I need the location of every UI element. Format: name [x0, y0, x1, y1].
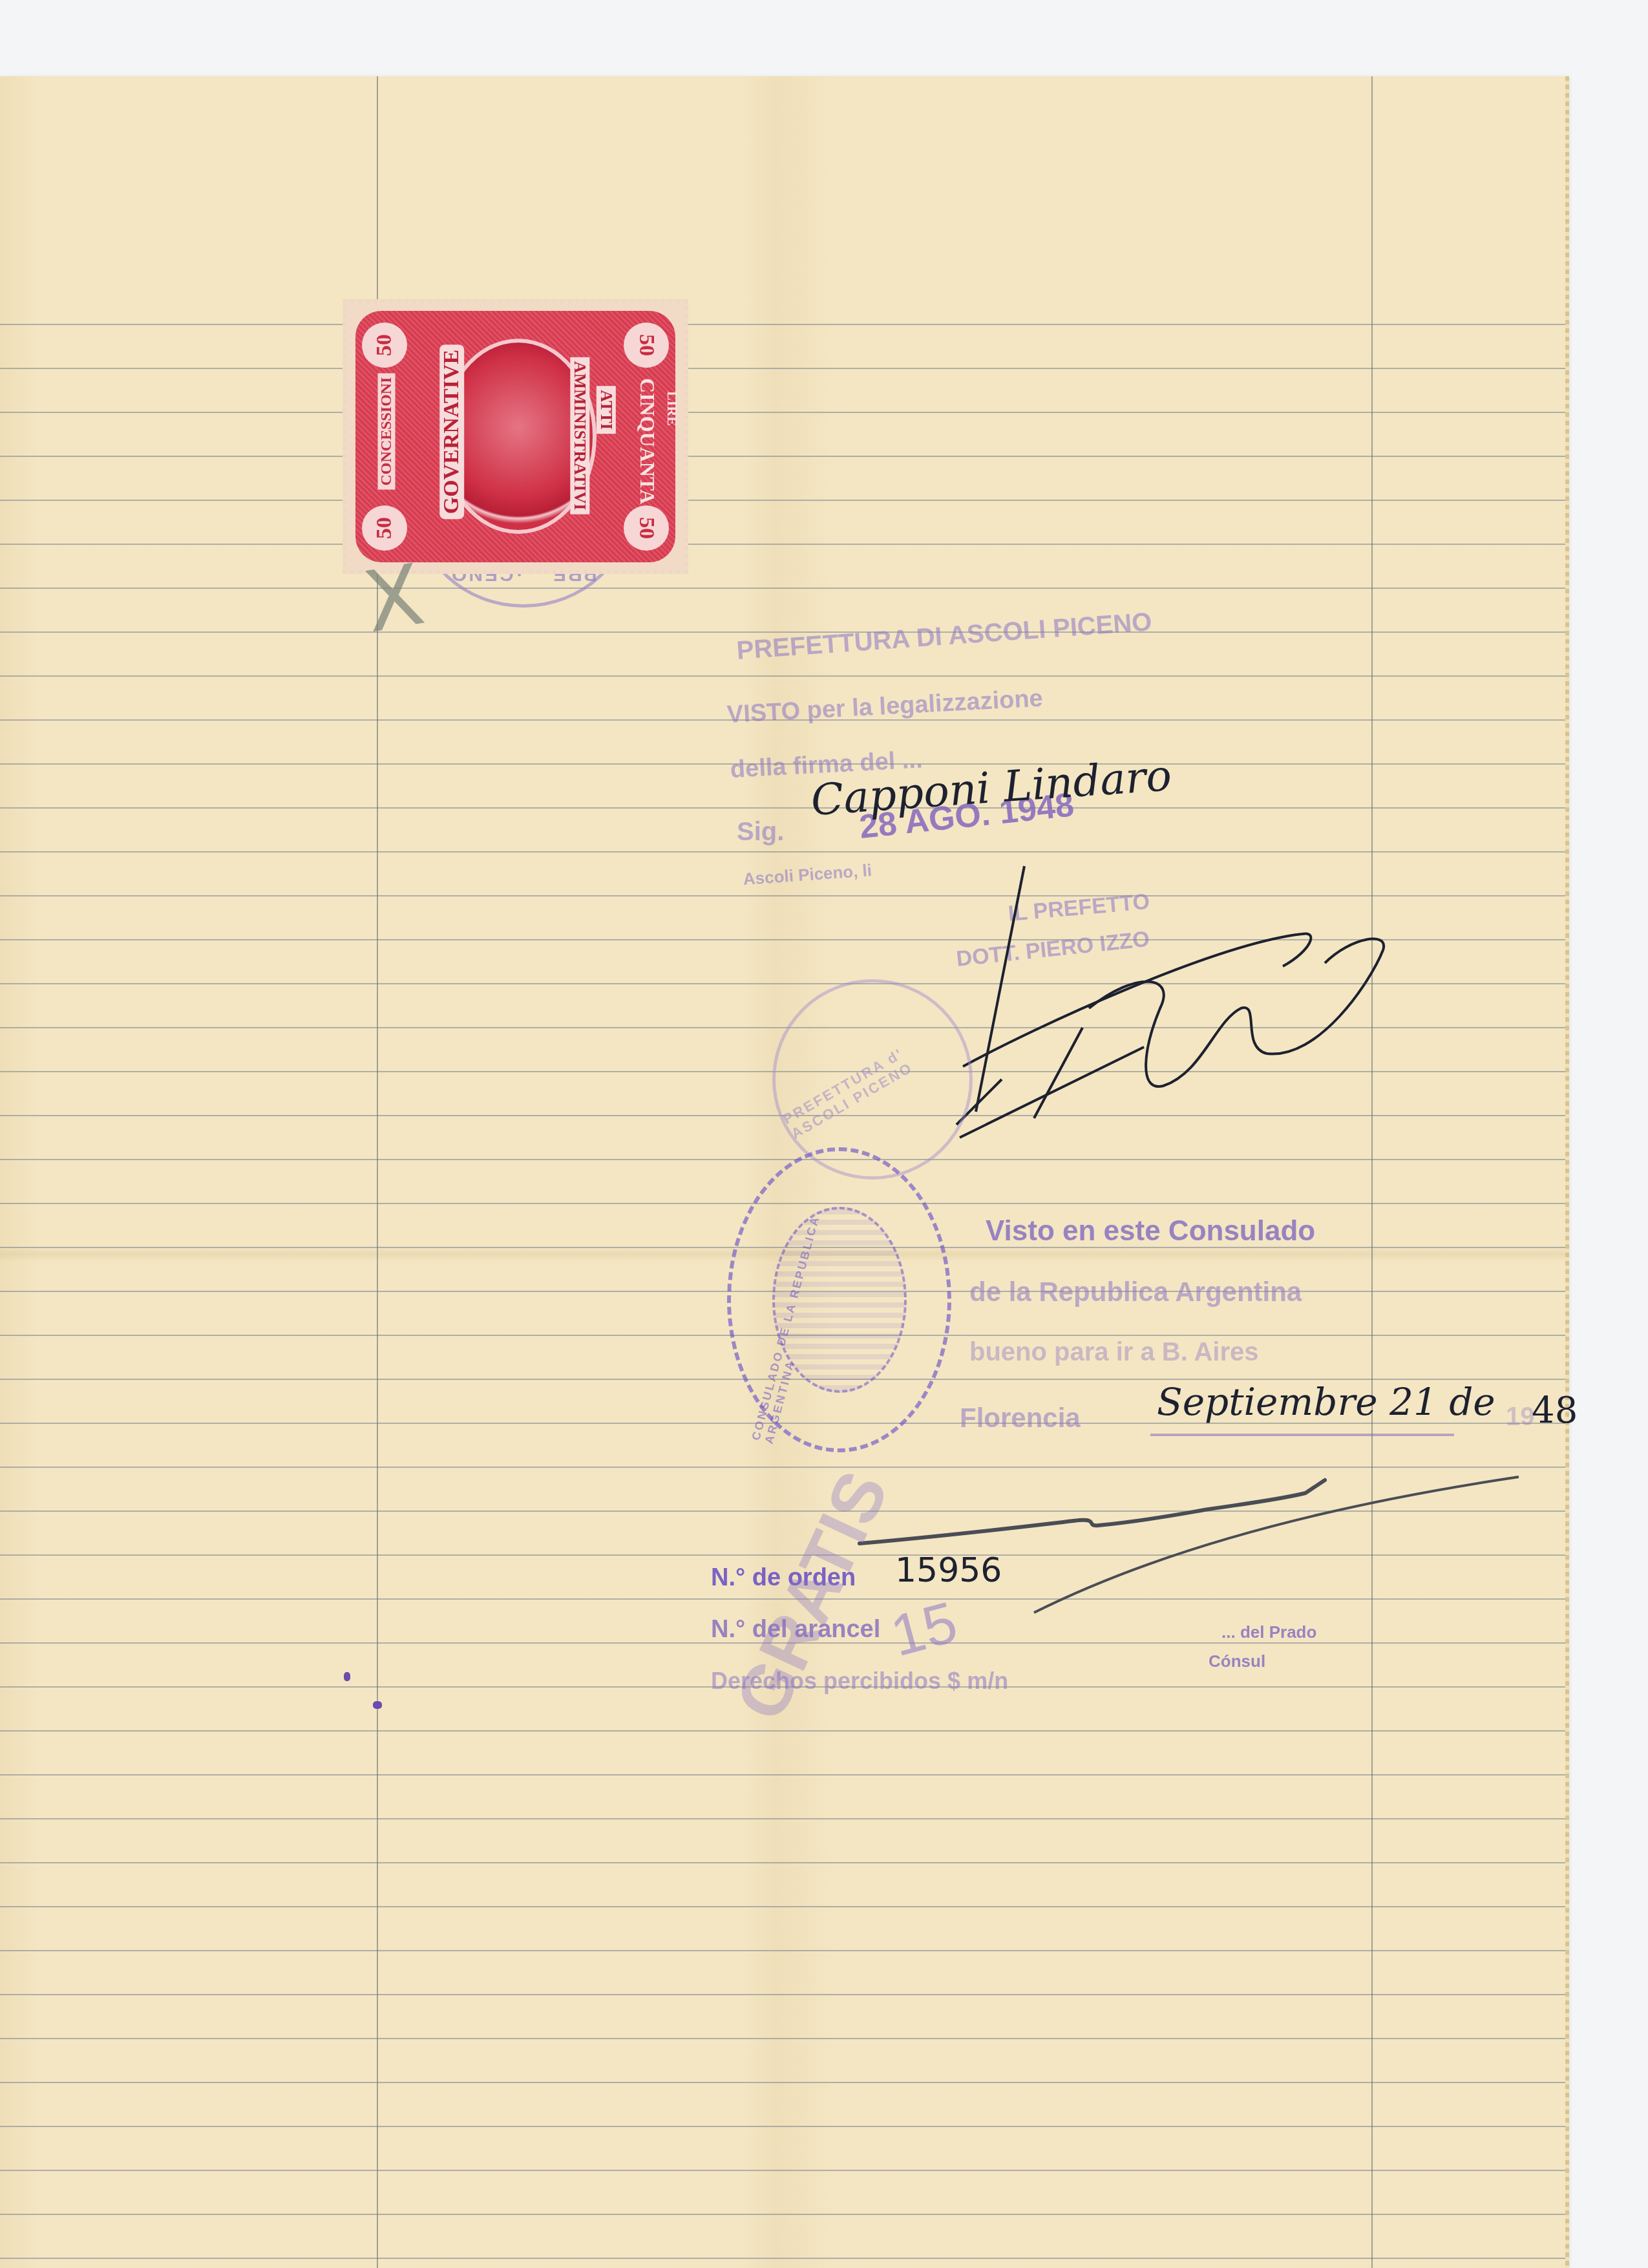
denomination-top-left: 50 — [362, 323, 407, 368]
revenue-stamp: 50 50 50 50 CONCESSIONI GOVERNATIVE ATTI… — [343, 299, 688, 574]
consulado-line-visto: Visto en este Consulado — [986, 1215, 1315, 1247]
prefettura-sig-label: Sig. — [737, 818, 784, 847]
stamp-banner-amministrativi: AMMINISTRATIVI — [571, 357, 590, 514]
consulado-place-label: Florencia — [960, 1403, 1081, 1434]
prefettura-round-seal-text: PREFETTURA d' ASCOLI PICENO — [780, 1016, 965, 1142]
stamp-banner-atti: ATTI — [597, 386, 616, 434]
consulado-line-republica: de la Republica Argentina — [969, 1277, 1302, 1308]
stamp-label-concessioni: CONCESSIONI — [378, 373, 396, 489]
stamp-banner-governative: GOVERNATIVE — [439, 344, 464, 519]
ink-speck — [373, 1701, 382, 1709]
prefettura-round-seal: PREFETTURA d' ASCOLI PICENO — [772, 979, 973, 1180]
stamp-value-lire: LIRE — [664, 391, 681, 426]
margin-rule-right — [1371, 76, 1373, 2268]
prefetto-signature — [956, 866, 1448, 1163]
consulado-line-bueno-para: bueno para ir a B. Aires — [969, 1338, 1259, 1367]
consul-title: ... del Prado — [1221, 1622, 1316, 1642]
orden-value: 15956 — [895, 1551, 1002, 1590]
handwritten-date: Septiembre 21 de — [1157, 1380, 1495, 1424]
denomination-top-right: 50 — [624, 323, 669, 368]
consulado-year-prefix: 19 — [1506, 1403, 1535, 1432]
consul-signature — [860, 1474, 1525, 1622]
denomination-bottom-left: 50 — [362, 505, 407, 551]
ink-speck — [344, 1672, 350, 1681]
consulado-oval-seal: CONSULADO DE LA REPUBLICA ARGENTINA — [727, 1147, 951, 1452]
consulado-date-underline — [1150, 1434, 1454, 1436]
stamp-value-cinquanta: CINQUANTA — [635, 378, 659, 504]
denomination-bottom-right: 50 — [624, 505, 669, 551]
consul-label: Cónsul — [1209, 1651, 1265, 1671]
handwritten-year: 48 — [1532, 1390, 1578, 1432]
